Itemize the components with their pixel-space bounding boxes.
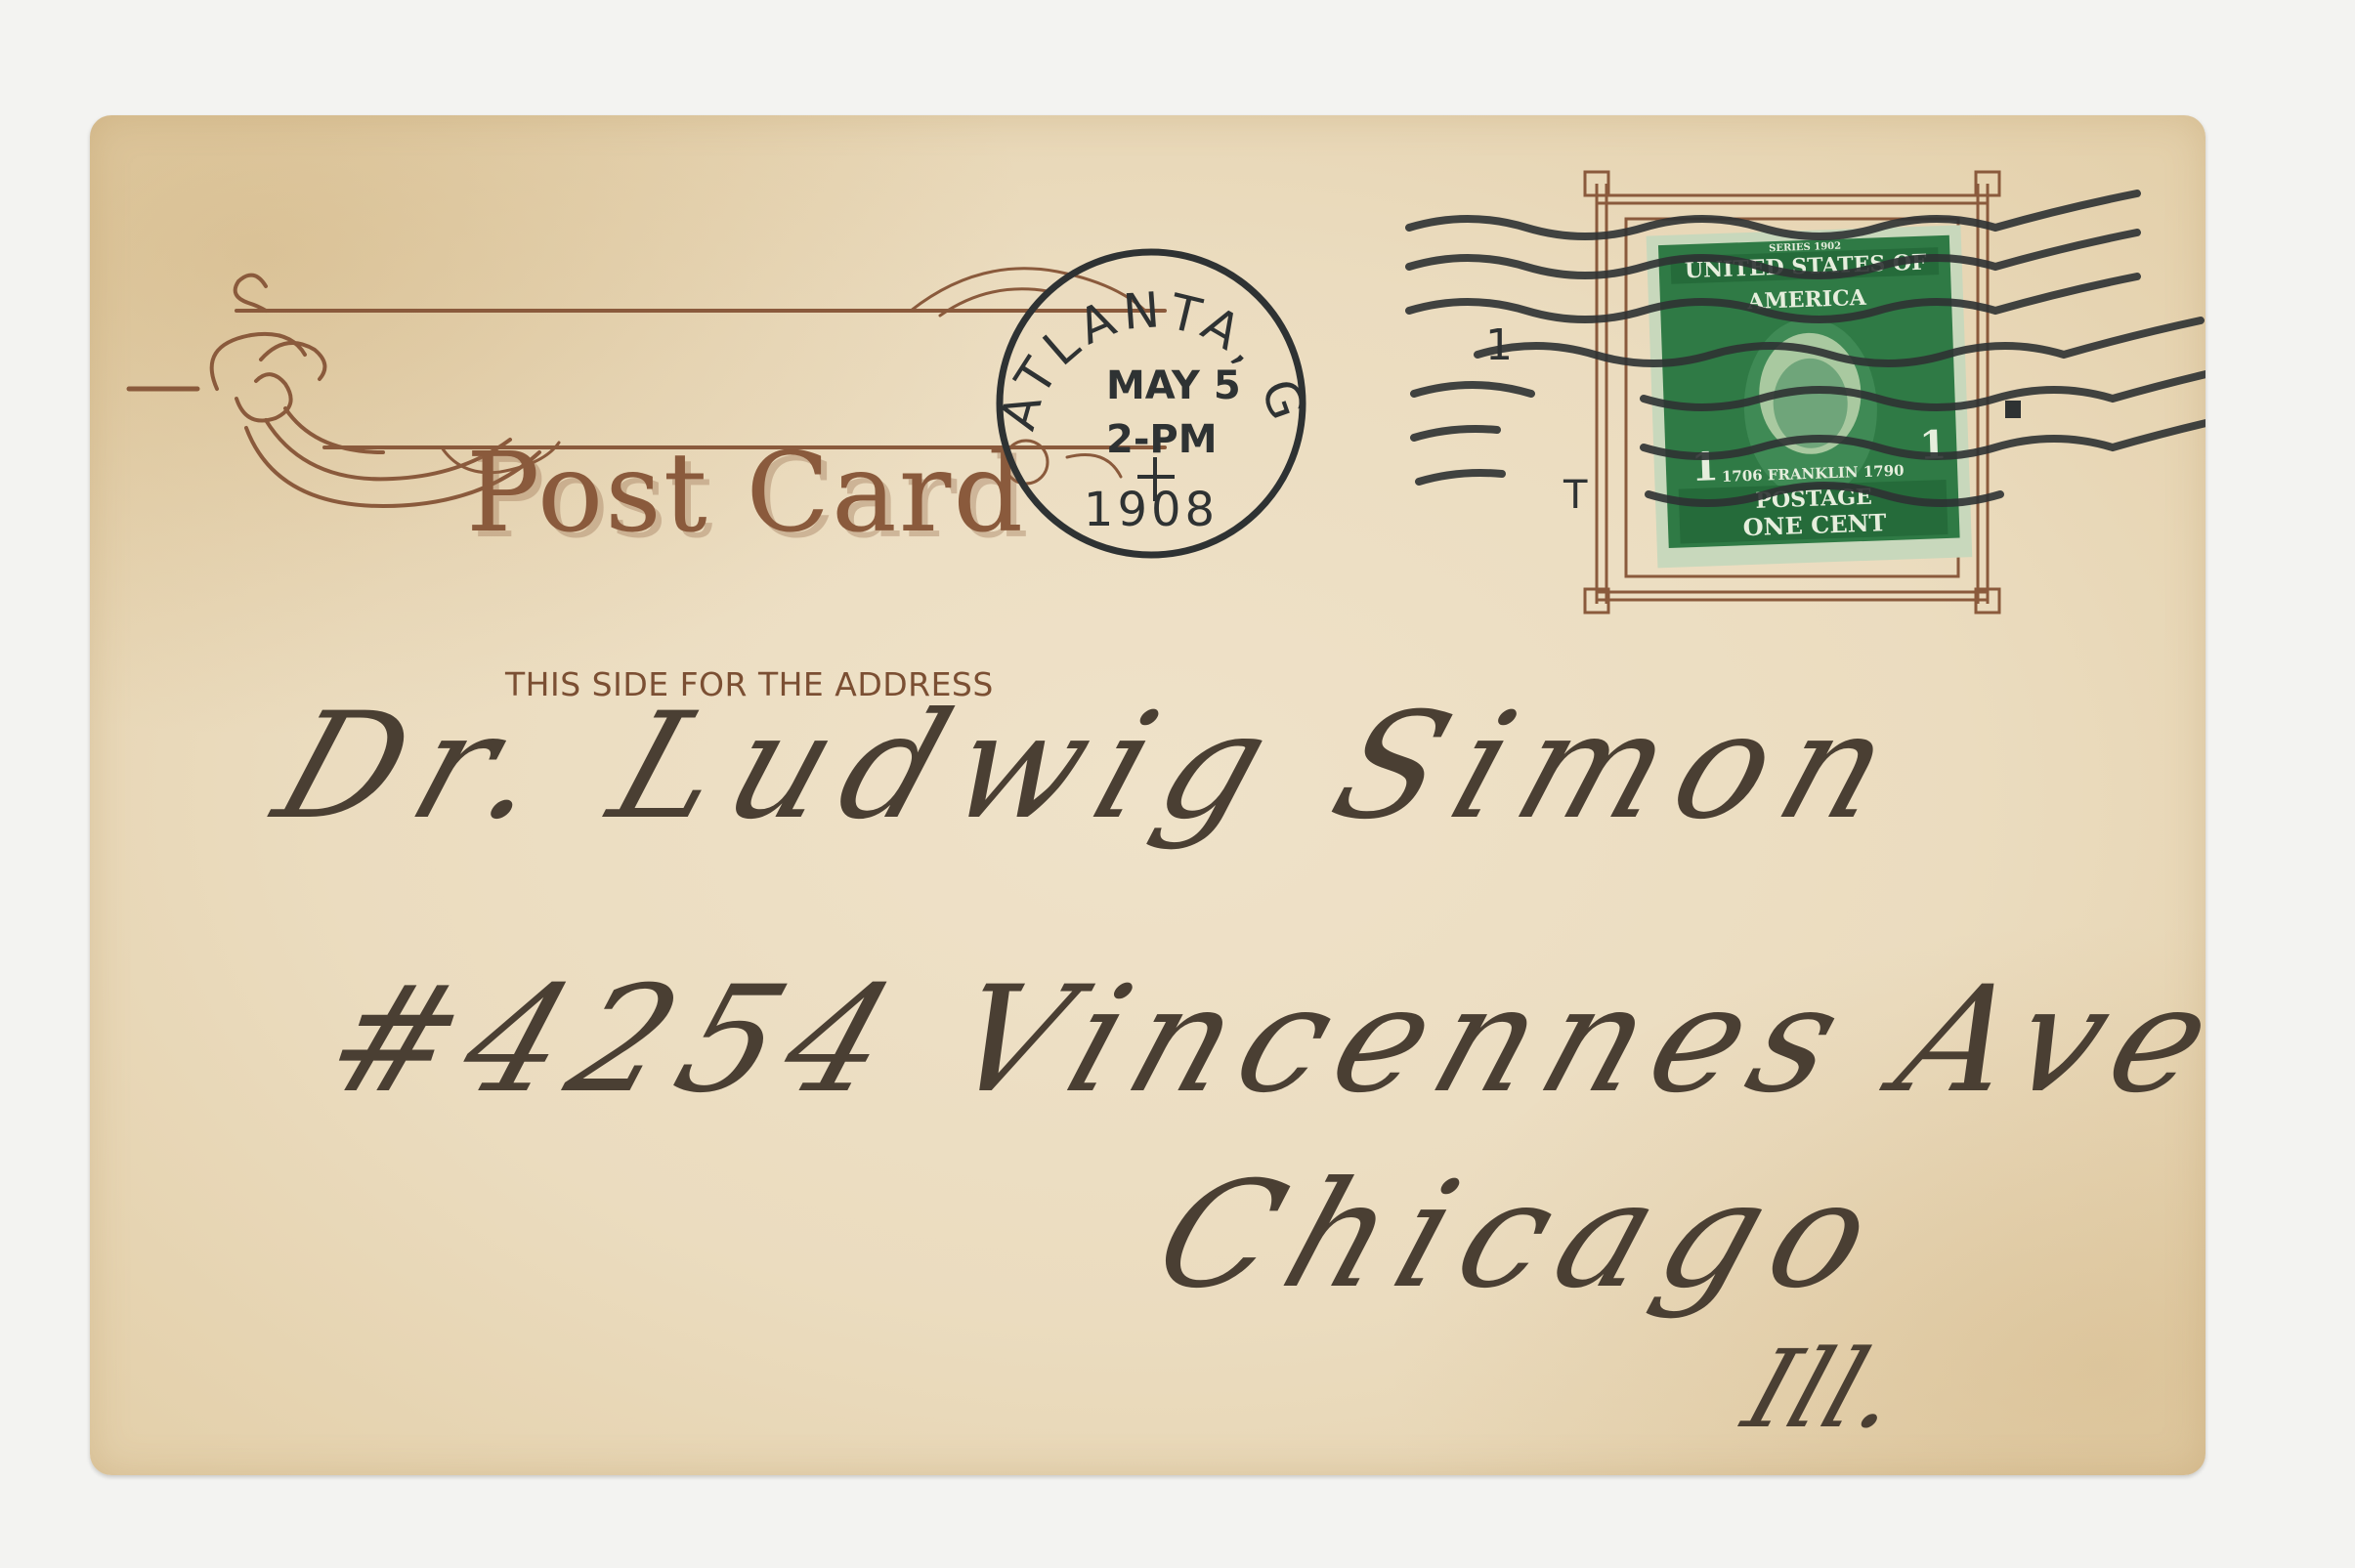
address-city: Chicago xyxy=(1137,1151,1907,1321)
postcard: Post Card THIS SIDE FOR THE ADDRESS xyxy=(90,115,2205,1475)
address-street: #4254 Vincennes Ave xyxy=(307,955,2245,1125)
postmark-time: 2-PM xyxy=(1106,417,1218,462)
address-recipient: Dr. Ludwig Simon xyxy=(258,682,1927,852)
postmark-year: 1908 xyxy=(1084,483,1219,537)
postmark-date: MAY 5 xyxy=(1106,363,1241,408)
